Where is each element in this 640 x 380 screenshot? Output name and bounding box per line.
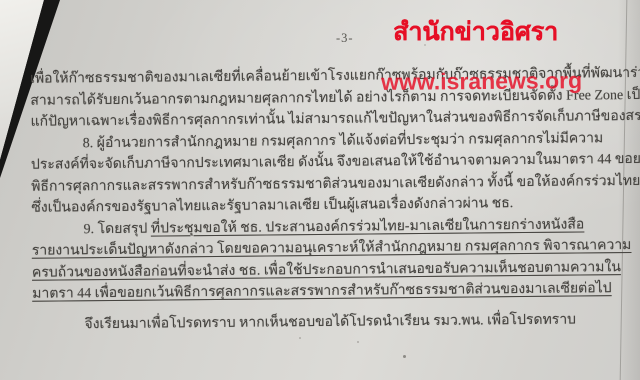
page-right-edge-shade xyxy=(618,0,640,380)
line-text: ประสงค์ที่จะจัดเก็บภาษีจากประเทศมาเลเซีย… xyxy=(31,152,640,173)
paper-speck xyxy=(424,44,426,46)
document-line: มาตรา 44 เพื่อขอยกเว้นพิธีการศุลกากรและส… xyxy=(32,279,620,306)
underlined-line-text: ที่ประชุมขอให้ ชธ. ประสานองค์กรร่วมไทย-ม… xyxy=(151,217,585,236)
paper-speck xyxy=(299,337,301,339)
document-photo: -3- เพื่อให้ก๊าซธรรมชาติของมาเลเซียที่เค… xyxy=(0,0,640,380)
page-number: -3- xyxy=(336,31,354,46)
underlined-line-text: มาตรา 44 เพื่อขอยกเว้นพิธีการศุลกากรและส… xyxy=(32,282,612,303)
document-body: เพื่อให้ก๊าซธรรมชาติของมาเลเซียที่เคลื่อ… xyxy=(30,63,621,336)
line-text: แก้ปัญหาเฉพาะเรื่องพิธีการศุลกากรเท่านั้… xyxy=(30,108,640,129)
underlined-line-text: รายงานประเด็นปัญหาดังกล่าว โดยขอความอนุเ… xyxy=(32,238,632,259)
line-text: 8. ผู้อำนวยการสำนักกฎหมาย กรมศุลกากร ได้… xyxy=(83,131,604,151)
watermark-website-url: www.isranews.org xyxy=(381,65,582,97)
paper-speck xyxy=(403,355,406,358)
paper-speck xyxy=(357,341,359,343)
line-text: จึงเรียนมาเพื่อโปรดทราบ หากเห็นชอบขอได้โ… xyxy=(84,313,576,333)
line-text: ซึ่งเป็นองค์กรของรัฐบาลไทยและรัฐบาลมาเลเ… xyxy=(31,196,513,216)
underlined-line-text: ครบถ้วนของหนังสือก่อนที่จะนำส่ง ชธ. เพื่… xyxy=(32,260,621,281)
line-text: พิธีการศุลกากรและสรรพากรสำหรับก๊าซธรรมชา… xyxy=(31,173,640,194)
watermark-agency-name: สำนักข่าวอิศรา xyxy=(393,17,558,47)
line-text: 9. โดยสรุป xyxy=(84,221,151,237)
